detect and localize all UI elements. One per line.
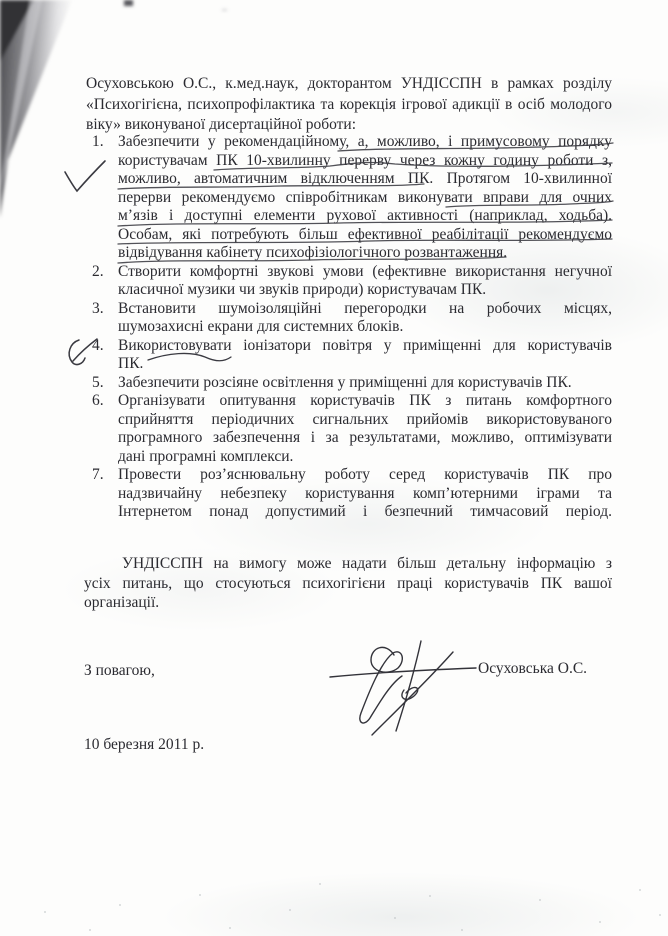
text-line: Забезпечити у рекомендаційному, а, можли… (118, 133, 612, 152)
item-number: 7. (86, 466, 118, 485)
text-line: дані програмні комплекси. (118, 448, 612, 467)
text-line: Забезпечити розсіяне освітлення у приміщ… (118, 374, 612, 393)
valediction: З повагою, (84, 662, 155, 680)
text-line: м’язів і доступні елементи рухової актив… (118, 207, 612, 226)
item-number: 3. (86, 300, 118, 319)
list-item-2: 2. Створити комфортні звукові умови (ефе… (86, 263, 612, 300)
item-number: 4. (86, 337, 118, 356)
intro-paragraph: Осуховською О.С., к.мед.наук, докторанто… (86, 74, 612, 136)
text-line: ПК. (118, 355, 612, 374)
closing-line: усіх питань, що стосуються психогігієни … (84, 574, 612, 594)
text-line: можливо, автоматичним відключенням ПК. П… (118, 170, 612, 189)
intro-line: «Психогігієна, психопрофілактика та коре… (86, 95, 612, 116)
text-line: перерви рекомендуємо співробітникам вико… (118, 189, 612, 208)
text-line: Інтернетом понад допустимий і безпечний … (118, 503, 612, 522)
item-number: 6. (86, 392, 118, 411)
list-item-6: 6. Організувати опитування користувачів … (86, 392, 612, 466)
text-line: Особам, які потребують більш ефективної … (118, 226, 612, 245)
date-line: 10 березня 2011 р. (84, 736, 204, 754)
scanned-document-page: Осуховською О.С., к.мед.наук, докторанто… (0, 0, 668, 936)
list-item-4: 4. Використовувати іонізатори повітря у … (86, 337, 612, 374)
text-line: надзвичайну небезпеку користування комп’… (118, 485, 612, 504)
text-line: відвідування кабінету психофізіологічног… (118, 244, 612, 263)
intro-line: Осуховською О.С., к.мед.наук, докторанто… (86, 74, 612, 95)
text-line: Встановити шумоізоляційні перегородки на… (118, 300, 612, 319)
text-line: сприйняття періодичних сигнальних прийом… (118, 411, 612, 430)
list-item-5: 5. Забезпечити розсіяне освітлення у при… (86, 374, 612, 393)
text-line: програмного забезпечення і за результата… (118, 429, 612, 448)
text-line: шумозахисні екрани для системних блоків. (118, 318, 612, 337)
text-line: Створити комфортні звукові умови (ефекти… (118, 263, 612, 282)
signature-name: Осуховська О.С. (478, 660, 587, 678)
bottom-scan-specks (44, 883, 661, 931)
text-line: Провести роз’яснювальну роботу серед кор… (118, 466, 612, 485)
closing-paragraph: УНДІССПН на вимогу може надати більш дет… (84, 554, 612, 613)
list-item-7: 7. Провести роз’яснювальну роботу серед … (86, 466, 612, 522)
closing-line: організації. (84, 593, 612, 613)
signature-scribble (330, 641, 476, 735)
closing-line: УНДІССПН на вимогу може надати більш дет… (84, 554, 612, 574)
text-line: Організувати опитування користувачів ПК … (118, 392, 612, 411)
text-line: Використовувати іонізатори повітря у при… (118, 337, 612, 356)
item-number: 5. (86, 374, 118, 393)
item-number: 2. (86, 263, 118, 282)
recommendations-list: 1. Забезпечити у рекомендаційному, а, мо… (86, 133, 612, 522)
corner-shadow-artifact (0, 0, 72, 218)
list-item-3: 3. Встановити шумоізоляційні перегородки… (86, 300, 612, 337)
text-line: користувачам ПК 10-хвилинну перерву чере… (118, 152, 612, 171)
list-item-1: 1. Забезпечити у рекомендаційному, а, мо… (86, 133, 612, 263)
item-number: 1. (86, 133, 118, 152)
scan-speck (124, 0, 227, 11)
text-line: класичної музики чи звуків природи) кори… (118, 281, 612, 300)
